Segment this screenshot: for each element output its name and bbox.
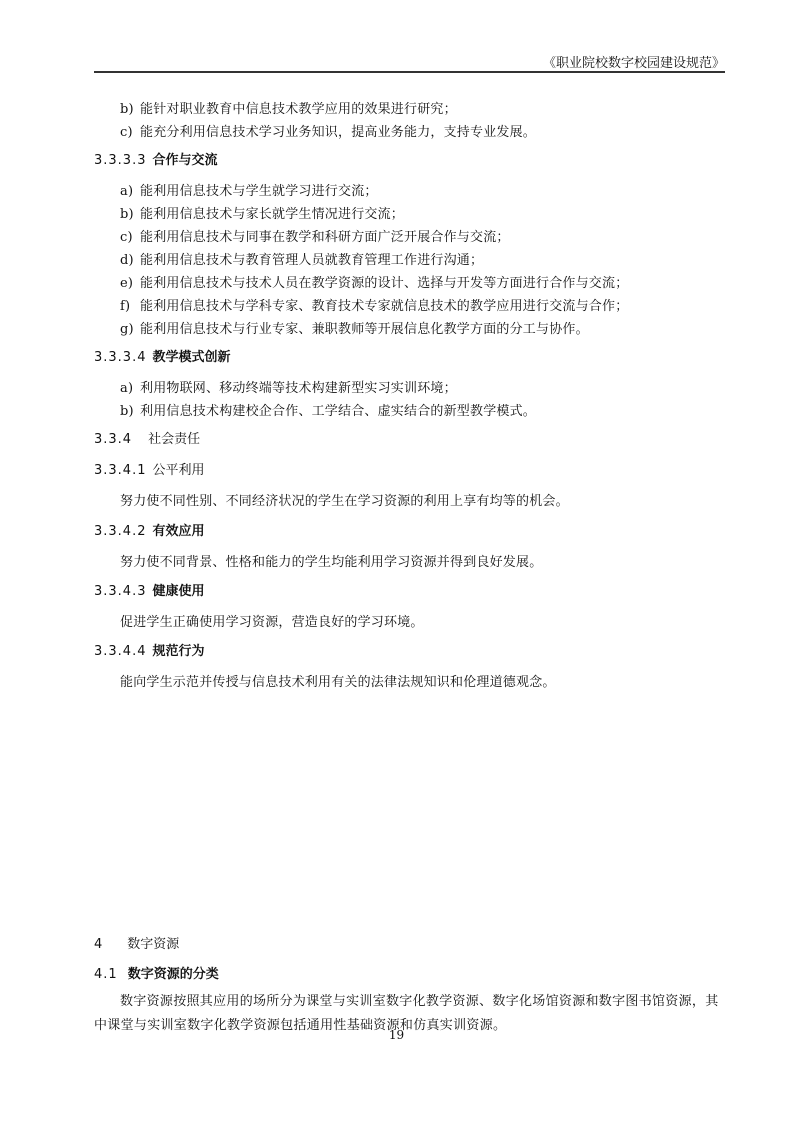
section-heading-3-3-3-4: 3.3.3.4教学模式创新 (94, 346, 231, 365)
section-heading-3-3-4-1: 3.3.4.1公平利用 (94, 459, 205, 478)
section-heading-3-3-4-2: 3.3.4.2有效应用 (94, 520, 205, 539)
list-item-text: 能利用信息技术与技术人员在教学资源的设计、选择与开发等方面进行合作与交流； (140, 276, 628, 291)
paragraph: 努力使不同背景、性格和能力的学生均能利用学习资源并得到良好发展。 (120, 551, 542, 570)
paragraph: 努力使不同性别、不同经济状况的学生在学习资源的利用上享有均等的机会。 (120, 490, 569, 509)
list-item: g)能利用信息技术与行业专家、兼职教师等开展信息化教学方面的分工与协作。 (120, 318, 589, 337)
section-title: 规范行为 (152, 644, 204, 659)
section-title: 有效应用 (152, 524, 204, 539)
section-number: 3.3.4.1 (94, 463, 146, 478)
section-number: 4.1 (94, 967, 118, 982)
section-number: 3.3.4 (94, 432, 132, 447)
section-number: 3.3.4.3 (94, 584, 146, 599)
section-number: 3.3.3.4 (94, 350, 146, 365)
list-marker: b) (120, 102, 140, 117)
chapter-heading-4: 4数字资源 (94, 933, 179, 952)
list-marker: d) (120, 253, 140, 268)
document-header-title: 《职业院校数字校园建设规范》 (543, 52, 725, 71)
list-item: c)能利用信息技术与同事在教学和科研方面广泛开展合作与交流； (120, 226, 510, 245)
section-heading-3-3-4: 3.3.4社会责任 (94, 428, 200, 447)
section-title: 公平利用 (152, 463, 204, 478)
list-item: c)能充分利用信息技术学习业务知识，提高业务能力，支持专业发展。 (120, 121, 536, 140)
section-title: 健康使用 (152, 584, 204, 599)
list-marker: c) (120, 230, 140, 245)
list-marker: f) (120, 299, 140, 314)
list-item-text: 能针对职业教育中信息技术教学应用的效果进行研究； (140, 102, 457, 117)
section-title: 合作与交流 (152, 153, 217, 168)
list-marker: a) (120, 184, 140, 199)
list-marker: g) (120, 322, 140, 337)
list-item: a)利用物联网、移动终端等技术构建新型实习实训环境； (120, 377, 457, 396)
list-item: d)能利用信息技术与教育管理人员就教育管理工作进行沟通； (120, 249, 483, 268)
list-item-text: 能利用信息技术与教育管理人员就教育管理工作进行沟通； (140, 253, 483, 268)
section-number: 4 (94, 937, 103, 952)
section-heading-3-3-3-3: 3.3.3.3合作与交流 (94, 149, 218, 168)
list-item-text: 能利用信息技术与行业专家、兼职教师等开展信息化教学方面的分工与协作。 (140, 322, 589, 337)
header-divider (94, 71, 725, 73)
list-item-text: 利用物联网、移动终端等技术构建新型实习实训环境； (140, 381, 457, 396)
section-heading-4-1: 4.1数字资源的分类 (94, 963, 219, 982)
list-marker: e) (120, 276, 140, 291)
list-item-text: 能充分利用信息技术学习业务知识，提高业务能力，支持专业发展。 (140, 125, 536, 140)
paragraph: 能向学生示范并传授与信息技术利用有关的法律法规知识和伦理道德观念。 (120, 671, 556, 690)
list-item: b)利用信息技术构建校企合作、工学结合、虚实结合的新型教学模式。 (120, 400, 536, 419)
section-heading-3-3-4-3: 3.3.4.3健康使用 (94, 580, 205, 599)
list-item-text: 利用信息技术构建校企合作、工学结合、虚实结合的新型教学模式。 (140, 404, 536, 419)
section-number: 3.3.4.4 (94, 644, 146, 659)
section-title: 社会责任 (148, 432, 200, 447)
list-item: e)能利用信息技术与技术人员在教学资源的设计、选择与开发等方面进行合作与交流； (120, 272, 628, 291)
list-item: a)能利用信息技术与学生就学习进行交流； (120, 180, 378, 199)
list-marker: c) (120, 125, 140, 140)
list-item-text: 能利用信息技术与学生就学习进行交流； (140, 184, 378, 199)
list-marker: a) (120, 381, 140, 396)
section-title: 教学模式创新 (152, 350, 230, 365)
list-item: f)能利用信息技术与学科专家、教育技术专家就信息技术的教学应用进行交流与合作； (120, 295, 628, 314)
list-item: b)能利用信息技术与家长就学生情况进行交流； (120, 203, 404, 222)
list-item-text: 能利用信息技术与家长就学生情况进行交流； (140, 207, 404, 222)
section-heading-3-3-4-4: 3.3.4.4规范行为 (94, 640, 205, 659)
list-item: b)能针对职业教育中信息技术教学应用的效果进行研究； (120, 98, 457, 117)
section-title: 数字资源 (127, 937, 179, 952)
list-item-text: 能利用信息技术与学科专家、教育技术专家就信息技术的教学应用进行交流与合作； (140, 299, 628, 314)
section-number: 3.3.4.2 (94, 524, 146, 539)
list-item-text: 能利用信息技术与同事在教学和科研方面广泛开展合作与交流； (140, 230, 510, 245)
list-marker: b) (120, 207, 140, 222)
section-title: 数字资源的分类 (128, 967, 219, 982)
section-number: 3.3.3.3 (94, 153, 146, 168)
page-number: 19 (0, 1028, 793, 1042)
list-marker: b) (120, 404, 140, 419)
paragraph: 促进学生正确使用学习资源，营造良好的学习环境。 (120, 611, 424, 630)
